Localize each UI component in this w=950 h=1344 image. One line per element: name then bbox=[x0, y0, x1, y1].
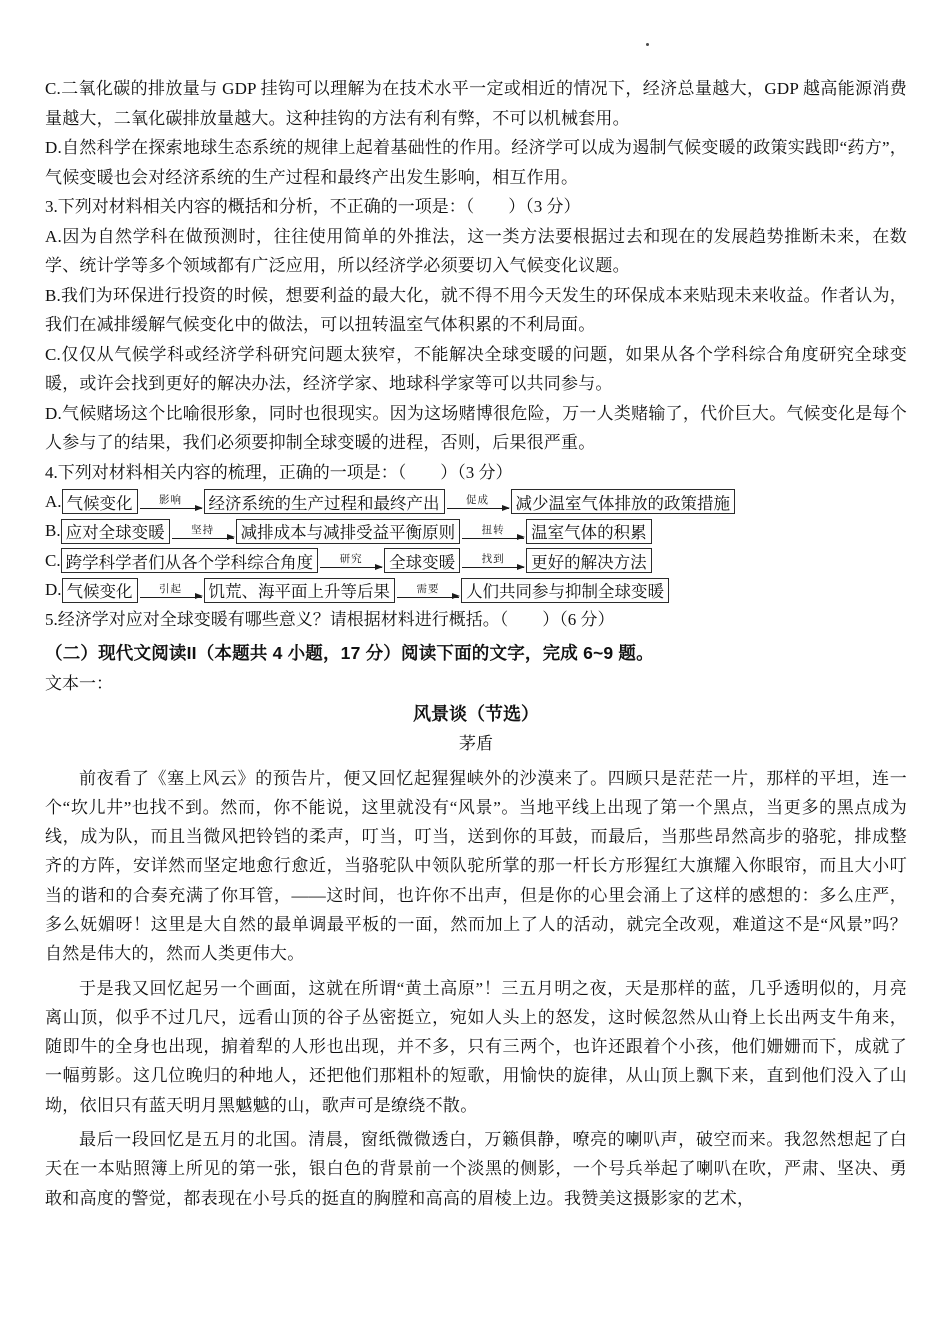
flow-arrow: 影响 bbox=[140, 496, 202, 509]
flow-row-label: A. bbox=[45, 492, 62, 512]
q3-stem: 3.下列对材料相关内容的概括和分析，不正确的一项是：（ ）（3 分） bbox=[45, 192, 907, 222]
flow-box: 应对全球变暖 bbox=[61, 519, 170, 544]
arrow-right-icon bbox=[140, 508, 202, 509]
flow-arrow-label: 需要 bbox=[417, 585, 440, 595]
q3-option-c: C.仅仅从气候学科或经济学科研究问题太狭窄，不能解决全球变暖的问题，如果从各个学… bbox=[45, 340, 907, 399]
q3-option-d: D.气候赌场这个比喻很形象，同时也很现实。因为这场赌博很危险，万一人类赌输了，代… bbox=[45, 399, 907, 458]
flow-row-label: C. bbox=[45, 551, 61, 571]
flow-row-b: B. 应对全球变暖 坚持 减排成本与减排受益平衡原则 扭转 温室气体的积累 bbox=[45, 517, 907, 547]
arrow-right-icon bbox=[447, 508, 509, 509]
essay-paragraph-3: 最后一段回忆是五月的北国。清晨，窗纸微微透白，万籁俱静，嘹亮的喇叭声，破空而来。… bbox=[45, 1125, 907, 1213]
flow-box: 更好的解决方法 bbox=[526, 548, 652, 573]
flow-box: 气候变化 bbox=[62, 578, 138, 603]
flow-box: 经济系统的生产过程和最终产出 bbox=[204, 489, 445, 514]
flow-arrow: 需要 bbox=[397, 585, 459, 598]
flow-arrow: 促成 bbox=[447, 496, 509, 509]
flow-box: 饥荒、海平面上升等后果 bbox=[204, 578, 396, 603]
flow-row-label: D. bbox=[45, 580, 62, 600]
flow-arrow: 坚持 bbox=[172, 526, 234, 539]
flow-arrow-label: 引起 bbox=[159, 585, 182, 595]
flow-arrow-label: 促成 bbox=[466, 496, 489, 506]
q5-stem: 5.经济学对应对全球变暖有哪些意义？请根据材料进行概括。（ ）（6 分） bbox=[45, 605, 907, 635]
flow-arrow-label: 扭转 bbox=[482, 526, 505, 536]
q3-option-b: B.我们为环保进行投资的时候，想要利益的最大化，就不得不用今天发生的环保成本来贴… bbox=[45, 281, 907, 340]
flow-arrow: 找到 bbox=[462, 555, 524, 568]
exam-page: C.二氧化碳的排放量与 GDP 挂钩可以理解为在技术水平一定或相近的情况下，经济… bbox=[45, 74, 907, 1213]
flow-arrow-label: 坚持 bbox=[191, 526, 214, 536]
arrow-right-icon bbox=[172, 538, 234, 539]
flow-arrow: 引起 bbox=[140, 585, 202, 598]
flow-box: 减排成本与减排受益平衡原则 bbox=[236, 519, 461, 544]
essay-author: 茅盾 bbox=[45, 729, 907, 759]
arrow-right-icon bbox=[320, 567, 382, 568]
essay-title: 风景谈（节选） bbox=[45, 699, 907, 729]
essay-paragraph-1: 前夜看了《塞上风云》的预告片，便又回忆起猩猩峡外的沙漠来了。四顾只是茫茫一片，那… bbox=[45, 764, 907, 969]
essay-paragraph-2: 于是我又回忆起另一个画面，这就在所谓“黄土高原”！三五月明之夜，天是那样的蓝，几… bbox=[45, 974, 907, 1120]
arrow-right-icon bbox=[397, 597, 459, 598]
arrow-right-icon bbox=[462, 538, 524, 539]
flow-arrow-label: 找到 bbox=[482, 555, 505, 565]
flow-box: 气候变化 bbox=[62, 489, 138, 514]
arrow-right-icon bbox=[140, 597, 202, 598]
flow-box: 减少温室气体排放的政策措施 bbox=[511, 489, 736, 514]
q2-option-d: D.自然科学在探索地球生态系统的规律上起着基础性的作用。经济学可以成为遏制气候变… bbox=[45, 133, 907, 192]
flow-row-c: C. 跨学科学者们从各个学科综合角度 研究 全球变暖 找到 更好的解决方法 bbox=[45, 546, 907, 576]
q4-stem: 4.下列对材料相关内容的梳理，正确的一项是：（ ）（3 分） bbox=[45, 458, 907, 488]
flow-row-d: D. 气候变化 引起 饥荒、海平面上升等后果 需要 人们共同参与抑制全球变暖 bbox=[45, 576, 907, 606]
stray-dot-artifact bbox=[646, 43, 649, 46]
flow-box: 全球变暖 bbox=[384, 548, 460, 573]
q2-option-c: C.二氧化碳的排放量与 GDP 挂钩可以理解为在技术水平一定或相近的情况下，经济… bbox=[45, 74, 907, 133]
flow-row-label: B. bbox=[45, 521, 61, 541]
flow-arrow-label: 影响 bbox=[159, 496, 182, 506]
text-label: 文本一： bbox=[45, 669, 907, 699]
section-header: （二）现代文阅读II（本题共 4 小题，17 分）阅读下面的文字，完成 6~9 … bbox=[45, 637, 907, 669]
arrow-right-icon bbox=[462, 567, 524, 568]
flow-arrow-label: 研究 bbox=[340, 555, 363, 565]
flow-box: 人们共同参与抑制全球变暖 bbox=[461, 578, 669, 603]
flow-row-a: A. 气候变化 影响 经济系统的生产过程和最终产出 促成 减少温室气体排放的政策… bbox=[45, 487, 907, 517]
flow-arrow: 扭转 bbox=[462, 526, 524, 539]
q3-option-a: A.因为自然学科在做预测时，往往使用简单的外推法，这一类方法要根据过去和现在的发… bbox=[45, 222, 907, 281]
flow-arrow: 研究 bbox=[320, 555, 382, 568]
flow-box: 温室气体的积累 bbox=[526, 519, 652, 544]
flow-box: 跨学科学者们从各个学科综合角度 bbox=[61, 548, 319, 573]
